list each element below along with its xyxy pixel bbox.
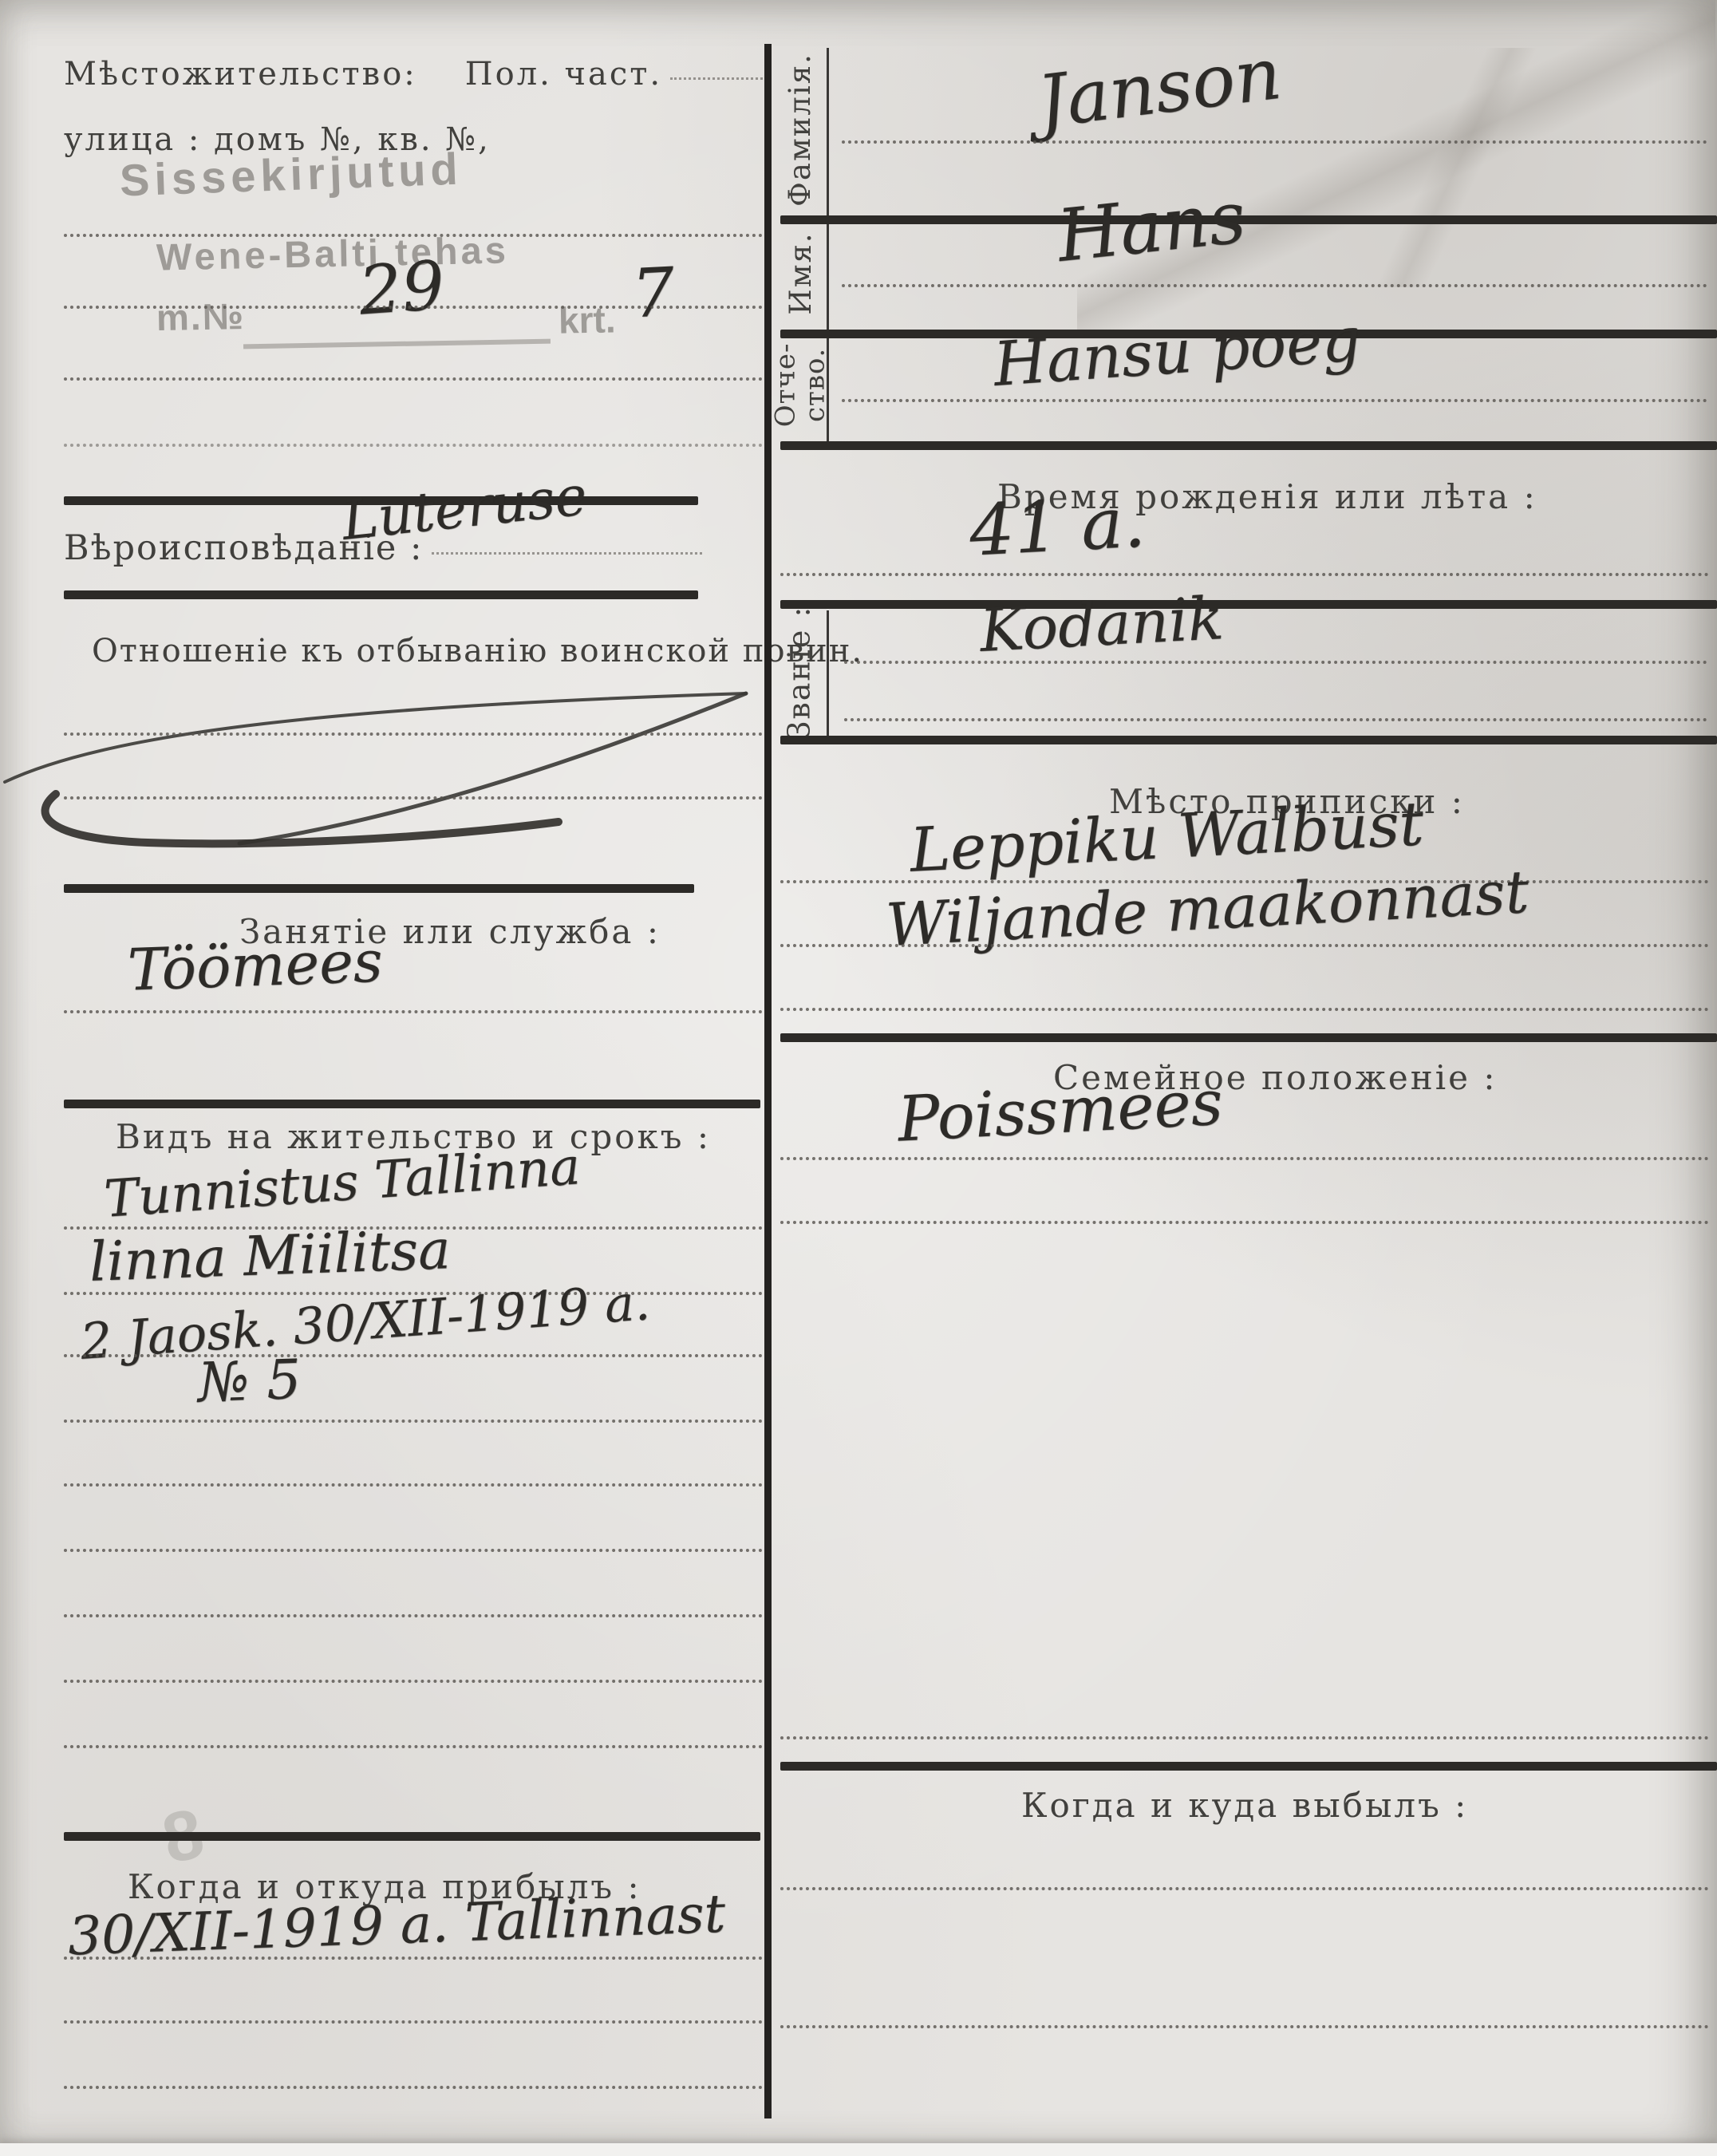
dotted-line	[842, 399, 1707, 402]
label-separator-line	[827, 610, 829, 738]
occupation-value: Töömees	[127, 927, 384, 1003]
surname-label: Фамилія.	[783, 48, 817, 211]
dotted-line	[64, 1010, 763, 1013]
section-rule	[64, 1832, 760, 1841]
dotted-line	[64, 1745, 763, 1748]
stamp-m-no: m.№	[156, 294, 246, 339]
dotted-line	[64, 732, 763, 736]
section-rule	[64, 1100, 760, 1108]
military-exemption-flourish	[0, 674, 766, 874]
apartment-number-value: 7	[630, 253, 677, 334]
dotted-line	[64, 1483, 763, 1487]
paper-edge-bottom	[0, 2143, 1717, 2156]
first-name-value: Hans	[1053, 176, 1249, 278]
dotted-line	[780, 944, 1709, 947]
patronymic-value: Hansu poeg	[991, 303, 1363, 400]
dotted-line	[780, 1887, 1709, 1890]
departure-label: Когда и куда выбылъ :	[1021, 1786, 1468, 1825]
residence-permit-line: № 5	[197, 1348, 302, 1415]
stamp-underline	[243, 339, 551, 349]
section-rule	[64, 590, 698, 599]
birth-value: 41 a.	[967, 480, 1147, 571]
dotted-line	[64, 1420, 763, 1423]
patronymic-label: Отче- ство.	[772, 321, 831, 448]
dotted-line	[64, 1549, 763, 1552]
dotted-line	[780, 1221, 1709, 1224]
dotted-line	[842, 140, 1707, 144]
dotted-line	[780, 2025, 1709, 2028]
dotted-line	[64, 1614, 763, 1617]
section-rule	[780, 736, 1717, 744]
residence-row: Мѣстожительство: Пол. част.	[64, 56, 763, 93]
dotted-line	[780, 1736, 1709, 1739]
dotted-line	[64, 234, 763, 237]
military-service-label: Отношеніе къ отбыванію воинской повин.	[92, 633, 863, 669]
section-rule	[780, 215, 1717, 224]
section-rule	[780, 1762, 1717, 1771]
section-rule	[64, 884, 694, 893]
dotted-line	[64, 1957, 763, 1960]
section-rule	[780, 1033, 1717, 1042]
surname-value: Janson	[1033, 32, 1286, 145]
dotted-leader	[670, 77, 763, 80]
family-status-value: Poissmees	[896, 1067, 1225, 1155]
section-rule	[780, 441, 1717, 450]
dotted-line	[780, 573, 1709, 576]
dotted-line	[780, 1157, 1709, 1160]
residence-sublabel: Пол. част.	[465, 56, 662, 93]
rank-value: Kodanik	[978, 584, 1226, 665]
dotted-line	[64, 2020, 763, 2024]
rank-label: Званіе :	[782, 591, 817, 755]
dotted-line	[64, 1680, 763, 1683]
stamp-sissekirjutud: Sissekirjutud	[119, 143, 464, 207]
patronymic-label-line1: Отче-	[770, 343, 802, 428]
section-rule	[780, 600, 1717, 609]
residence-label: Мѣстожительство:	[64, 56, 417, 93]
dotted-line	[844, 661, 1707, 664]
dotted-line	[64, 377, 763, 381]
dotted-line	[64, 1354, 763, 1357]
dotted-line	[64, 2086, 763, 2089]
dotted-line	[64, 306, 763, 309]
dotted-leader	[432, 552, 703, 555]
stamp-krt: krt.	[559, 298, 617, 342]
dotted-line	[64, 796, 763, 800]
residence-permit-line: linna Miilitsa	[89, 1218, 452, 1294]
dotted-line	[844, 718, 1707, 721]
dotted-line	[64, 444, 763, 447]
dotted-line	[842, 284, 1707, 287]
dotted-line	[780, 1008, 1709, 1011]
house-number-value: 29	[357, 246, 447, 330]
patronymic-label-line2: ство.	[799, 348, 831, 422]
scanned-registration-card: Мѣстожительство: Пол. част. улица : домъ…	[0, 0, 1717, 2156]
